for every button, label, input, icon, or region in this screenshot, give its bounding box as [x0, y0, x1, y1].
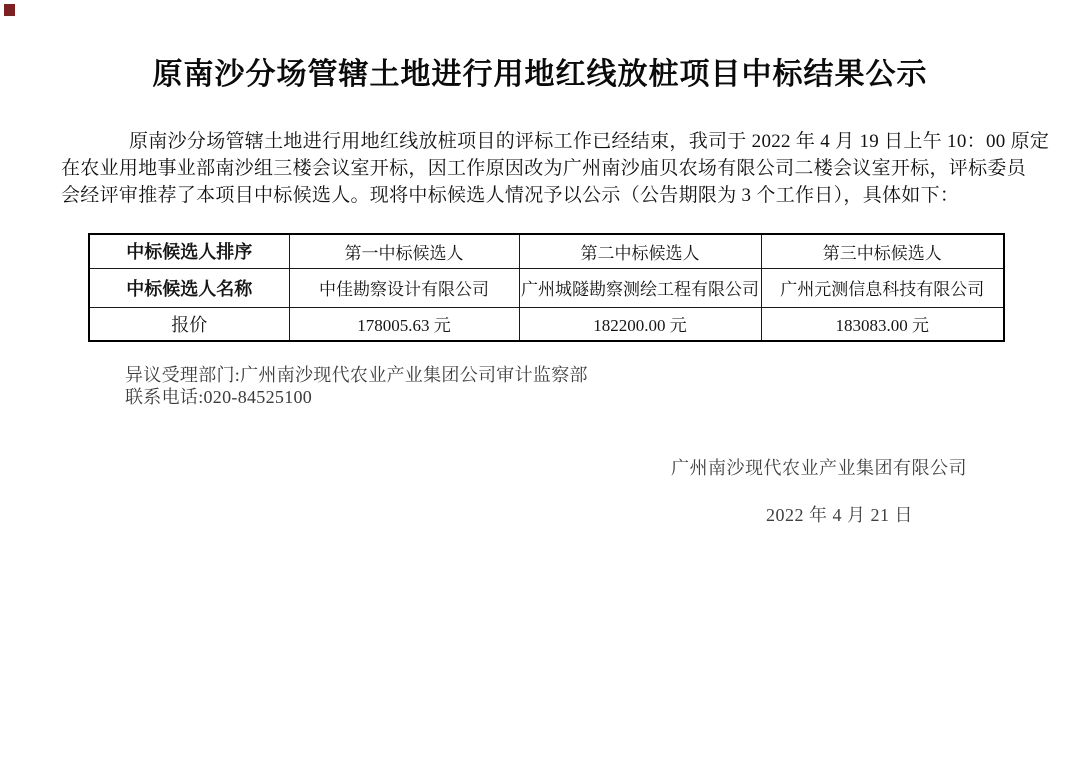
- table-row-name: 中标候选人名称 中佳勘察设计有限公司 广州城隧勘察测绘工程有限公司 广州元测信息…: [89, 268, 1004, 307]
- paragraph-line: 原南沙分场管辖土地进行用地红线放桩项目的评标工作已经结束，我司于 2022 年 …: [61, 128, 1024, 155]
- table-cell: 183083.00 元: [761, 307, 1004, 341]
- row-header-cell: 中标候选人名称: [89, 268, 289, 307]
- dispute-department-line: 异议受理部门:广州南沙现代农业产业集团公司审计监察部: [125, 364, 1080, 386]
- signature-company: 广州南沙现代农业产业集团有限公司: [0, 456, 1080, 480]
- paragraph-line: 会经评审推荐了本项目中标候选人。现将中标候选人情况予以公示（公告期限为 3 个工…: [61, 182, 1024, 209]
- paragraph-line: 在农业用地事业部南沙组三楼会议室开标，因工作原因改为广州南沙庙贝农场有限公司二楼…: [61, 155, 1024, 182]
- document-page: 原南沙分场管辖土地进行用地红线放桩项目中标结果公示 原南沙分场管辖土地进行用地红…: [0, 0, 1080, 763]
- table-row-price: 报价 178005.63 元 182200.00 元 183083.00 元: [89, 307, 1004, 341]
- row-header-cell: 报价: [89, 307, 289, 341]
- corner-mark: [4, 4, 15, 16]
- row-header-cell: 中标候选人排序: [89, 234, 289, 268]
- table-cell: 178005.63 元: [289, 307, 519, 341]
- page-title: 原南沙分场管辖土地进行用地红线放桩项目中标结果公示: [0, 57, 1080, 93]
- table-cell: 第二中标候选人: [519, 234, 761, 268]
- table-row-rank: 中标候选人排序 第一中标候选人 第二中标候选人 第三中标候选人: [89, 234, 1004, 268]
- table-cell: 广州城隧勘察测绘工程有限公司: [519, 268, 761, 307]
- bid-results-table: 中标候选人排序 第一中标候选人 第二中标候选人 第三中标候选人 中标候选人名称 …: [88, 233, 1005, 342]
- signature-date: 2022 年 4 月 21 日: [0, 504, 1080, 526]
- table-cell: 182200.00 元: [519, 307, 761, 341]
- table-cell: 中佳勘察设计有限公司: [289, 268, 519, 307]
- table-cell: 第一中标候选人: [289, 234, 519, 268]
- table-cell: 广州元测信息科技有限公司: [761, 268, 1004, 307]
- announcement-paragraph: 原南沙分场管辖土地进行用地红线放桩项目的评标工作已经结束，我司于 2022 年 …: [61, 128, 1024, 209]
- contact-info: 异议受理部门:广州南沙现代农业产业集团公司审计监察部 联系电话:020-8452…: [125, 364, 1080, 408]
- phone-line: 联系电话:020-84525100: [125, 386, 1080, 408]
- table-cell: 第三中标候选人: [761, 234, 1004, 268]
